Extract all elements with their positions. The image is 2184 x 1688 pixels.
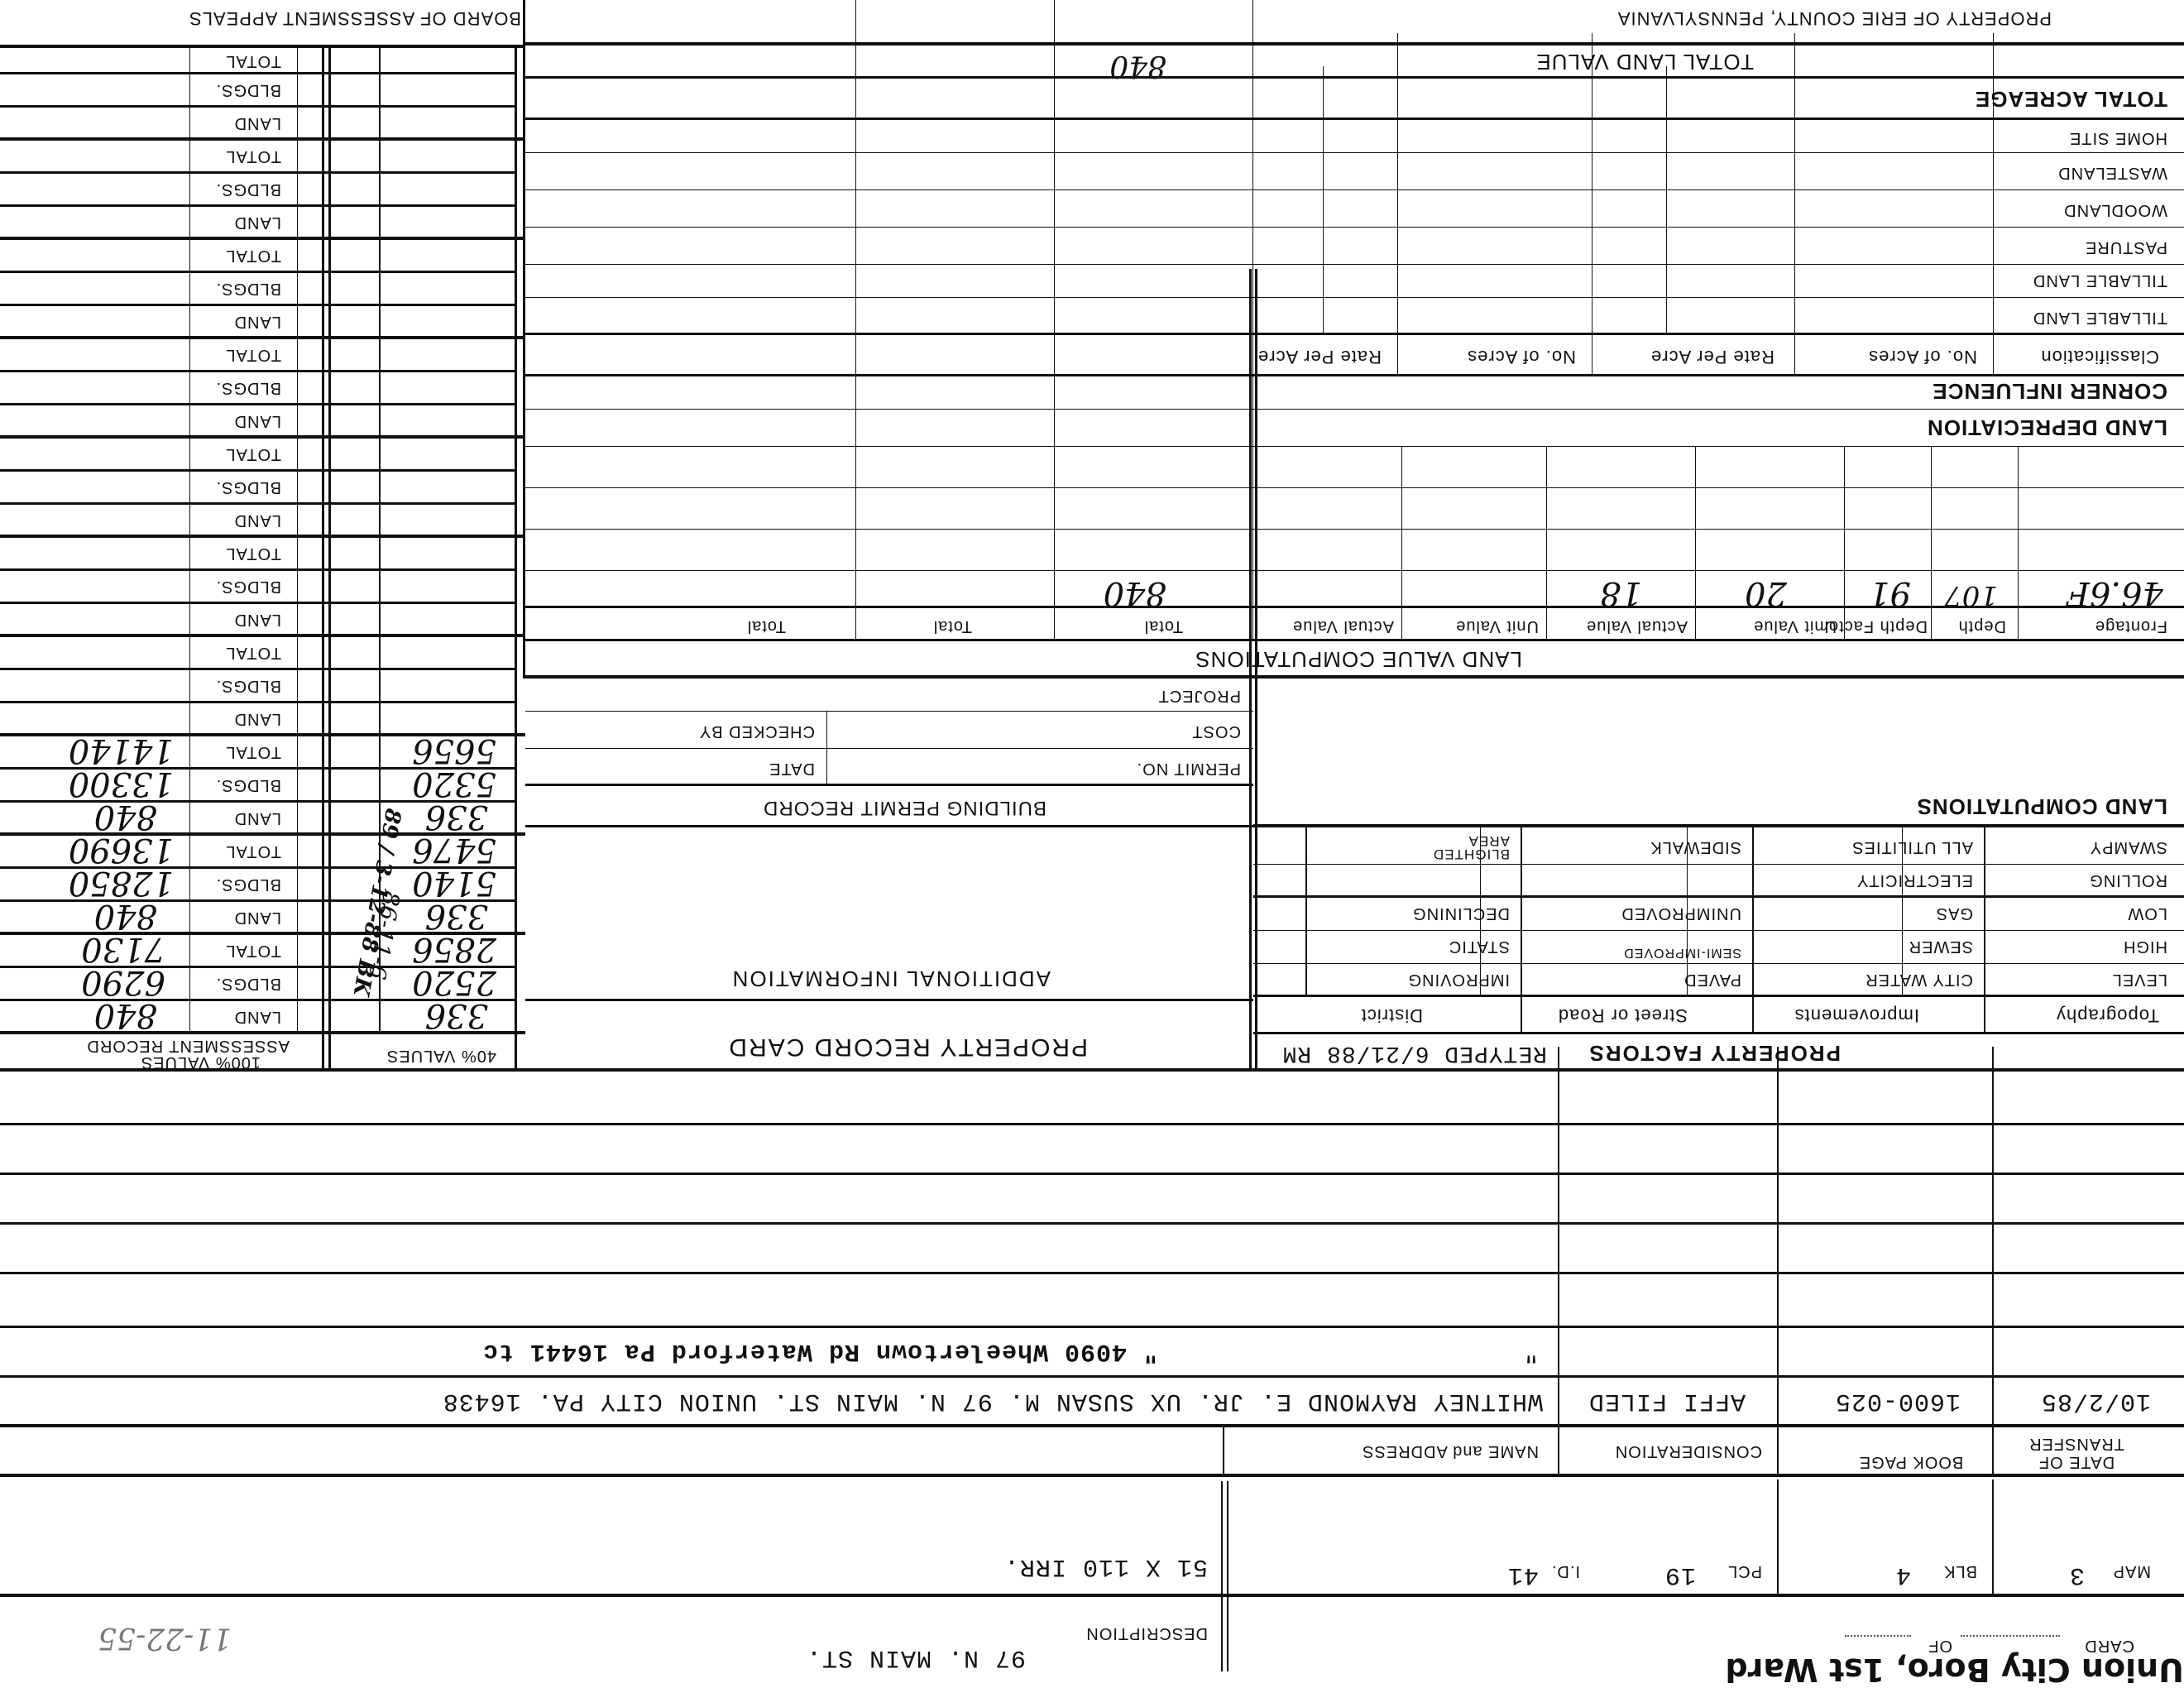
divider	[328, 46, 331, 1072]
row-label-land: LAND	[234, 610, 281, 629]
col-date-of-transfer: DATE OF TRANSFER	[2002, 1435, 2151, 1471]
row-label-land: LAND	[234, 808, 281, 827]
row-label-total: TOTAL	[225, 246, 281, 265]
retyped-note: RETYPED 6/21/88 RM	[1282, 1040, 1547, 1066]
rule	[0, 435, 525, 439]
divider	[189, 46, 190, 1034]
total-land-value: 840	[1109, 49, 1166, 83]
rule	[525, 409, 2184, 410]
col-actual-value: Actual Value	[1586, 616, 1688, 635]
col-street-road: Street or Road	[1558, 1005, 1688, 1026]
rule	[0, 403, 517, 405]
bldgs-40: 2520	[412, 963, 496, 1001]
rule	[525, 606, 2184, 608]
col-depth-factor: Depth Factor	[1822, 616, 1928, 635]
id-label: I.D.	[1551, 1561, 1580, 1580]
land-value-computations-title: LAND VALUE COMPUTATIONS	[1195, 646, 1522, 672]
divider	[1221, 1481, 1223, 1671]
land-100: 840	[94, 996, 157, 1034]
unit-value: 20	[1745, 574, 1787, 612]
total-40: 5476	[412, 831, 496, 869]
rule	[0, 1594, 2184, 1597]
description-value: 97 N. MAIN ST.	[806, 1643, 1026, 1671]
rule	[0, 204, 517, 207]
rule	[0, 171, 517, 174]
lot-size: 51 X 110 IRR.	[1003, 1552, 1208, 1580]
row-label-bldgs: BLDGS.	[216, 180, 281, 199]
col-district: District	[1361, 1005, 1423, 1026]
divider	[1323, 66, 1324, 335]
rule	[525, 446, 2184, 447]
rule	[0, 72, 517, 74]
transfer-consideration: "	[1523, 1337, 1539, 1365]
divider	[2018, 447, 2019, 641]
rule	[1253, 864, 2184, 865]
row-label-total: TOTAL	[225, 444, 281, 463]
bldgs-100: 13300	[69, 765, 174, 803]
land-computations-title: LAND COMPUTATIONS	[1917, 794, 2167, 819]
divider	[1992, 1479, 1994, 1595]
divider	[1227, 1481, 1228, 1671]
checkbox-label[interactable]: ELECTRICITY	[1856, 870, 1973, 890]
col-100-values: 100% VALUES	[141, 1053, 261, 1072]
total-acreage-label: TOTAL ACREAGE	[1975, 86, 2167, 112]
row-label-bldgs: BLDGS.	[216, 378, 281, 397]
rule	[0, 271, 517, 273]
land-40: 336	[425, 996, 488, 1034]
handwritten-note: 11-22-55	[98, 1621, 232, 1655]
permit-no-label: PERMIT NO.	[1137, 759, 1241, 778]
col-actual-value-2: Actual Value	[1292, 616, 1394, 635]
row-label-land: LAND	[234, 908, 281, 927]
map-value: 3	[2069, 1561, 2085, 1589]
bldgs-40: 5320	[412, 765, 496, 803]
rule	[0, 469, 517, 472]
footer-property-of: PROPERTY OF ERIE COUNTY, PENNSYLVANIA	[1617, 7, 2052, 29]
acreage-row-label: HOME SITE	[2069, 128, 2167, 147]
col-frontage: Frontage	[2095, 616, 2167, 635]
divider	[523, 0, 525, 679]
divider	[1931, 447, 1932, 641]
checkbox-label[interactable]: PAVED	[1683, 970, 1741, 989]
checkbox-label[interactable]: CITY WATER	[1865, 970, 1973, 989]
depth-value: 107	[1944, 579, 1998, 612]
checkbox-label[interactable]: IMPROVING	[1408, 970, 1510, 989]
checkbox-label[interactable]: GAS	[1936, 904, 1973, 923]
total-40: 2856	[412, 930, 496, 968]
rule	[0, 304, 517, 306]
rule	[0, 137, 525, 141]
total-40: 5656	[412, 731, 496, 770]
checkbox-label[interactable]: SEWER	[1909, 937, 1973, 956]
land-40: 336	[425, 897, 488, 935]
rule	[525, 825, 1253, 827]
row-label-land: LAND	[234, 1007, 281, 1026]
row-label-bldgs: BLDGS.	[216, 974, 281, 993]
rule	[525, 42, 2184, 46]
divider	[1794, 33, 1795, 376]
rule	[0, 1424, 2184, 1427]
rule	[525, 76, 2184, 79]
total-100: 7130	[81, 930, 165, 968]
col-total-3: Total	[747, 616, 786, 635]
card-title: PROPERTY RECORD CARD	[727, 1033, 1088, 1061]
corner-influence-label: CORNER INFLUENCE	[1932, 378, 2167, 404]
total-100: 13690	[69, 831, 174, 869]
depth-factor-value: 91	[1869, 574, 1911, 612]
row-label-bldgs: BLDGS.	[216, 875, 281, 894]
total-value: 840	[1104, 574, 1166, 612]
additional-info-label: ADDITIONAL INFORMATION	[731, 966, 1051, 991]
col-improvements: Improvements	[1794, 1005, 1919, 1026]
rule	[1253, 930, 2184, 931]
row-label-total: TOTAL	[225, 544, 281, 563]
pcl-value: 19	[1664, 1561, 1696, 1589]
divider	[826, 712, 827, 786]
col-no-of-acres: No. of Acres	[1868, 346, 1977, 367]
divider	[1558, 1047, 1559, 1477]
acreage-row-label: PASTURE	[2085, 237, 2167, 257]
rule	[0, 535, 525, 538]
row-label-land: LAND	[234, 113, 281, 132]
divider	[1984, 827, 1985, 1034]
rule	[525, 374, 2184, 376]
card-of-field[interactable]	[1845, 1635, 1911, 1637]
row-label-land: LAND	[234, 709, 281, 728]
rule	[525, 189, 2184, 190]
rule	[525, 333, 2184, 335]
transfer-name-address: " 4090 Wheelertown Rd Waterford Pa 16441…	[482, 1337, 1158, 1365]
divider	[1401, 447, 1402, 641]
rule	[525, 152, 2184, 153]
divider	[1666, 66, 1667, 335]
row-label-total: TOTAL	[225, 842, 281, 861]
col-book-page: BOOK PAGE	[1853, 1453, 1969, 1471]
transfer-date: 10/2/85	[2041, 1387, 2151, 1415]
divider	[1695, 447, 1696, 641]
blk-label: BLK	[1943, 1561, 1977, 1580]
col-depth: Depth	[1958, 616, 2006, 635]
frontage-value: 46.6F	[2067, 574, 2163, 612]
rule	[525, 711, 1253, 712]
building-permit-title: BUILDING PERMIT RECORD	[763, 796, 1046, 819]
land-depreciation-label: LAND DEPRECIATION	[1927, 415, 2167, 440]
rule	[525, 529, 2184, 530]
divider	[855, 0, 856, 641]
divider	[1844, 447, 1845, 641]
rule	[0, 1375, 2184, 1378]
row-label-total: TOTAL	[225, 742, 281, 761]
rule	[1253, 963, 2184, 964]
row-label-bldgs: BLDGS.	[216, 477, 281, 496]
divider	[1777, 1047, 1779, 1477]
rule	[0, 45, 525, 48]
rule	[525, 117, 2184, 120]
divider	[1054, 0, 1055, 641]
transfer-name-address: WHITNEY RAYMOND E. JR. UX SUSAN M. 97 N.…	[443, 1387, 1543, 1415]
checkbox-label[interactable]: SWAMPY	[2090, 837, 2167, 856]
bldgs-100: 6290	[81, 963, 165, 1001]
rule	[0, 105, 517, 108]
rule	[0, 668, 517, 670]
rule	[0, 370, 517, 372]
rule	[1253, 824, 2184, 827]
checkbox-label[interactable]: LOW	[2127, 904, 2167, 923]
rule	[525, 675, 2184, 679]
rule	[525, 570, 2184, 571]
rule	[525, 297, 2184, 298]
row-label-total: TOTAL	[225, 51, 281, 70]
bldgs-100: 12850	[69, 864, 174, 902]
card-label: CARD	[2084, 1636, 2134, 1655]
total-land-value-label: TOTAL LAND VALUE	[1535, 49, 1754, 74]
col-total: Total	[1144, 616, 1183, 635]
rule	[525, 999, 1253, 1001]
date-label: DATE	[769, 759, 815, 778]
row-label-bldgs: BLDGS.	[216, 577, 281, 596]
rule	[0, 568, 517, 571]
card-number-field[interactable]	[1961, 1635, 2060, 1637]
divider	[1397, 33, 1398, 376]
divider	[297, 46, 298, 1034]
municipality: Union City Boro, 1st Ward	[0, 1652, 2184, 1688]
rule	[0, 502, 517, 505]
row-label-bldgs: BLDGS.	[216, 279, 281, 298]
rule	[0, 1222, 2184, 1225]
of-label: OF	[1928, 1636, 1952, 1655]
transfer-consideration: AFFI FILED	[1588, 1387, 1746, 1415]
col-unit-value-2: Unit Value	[1455, 616, 1539, 635]
bldgs-40: 5140	[412, 864, 496, 902]
rule	[1253, 1032, 2184, 1034]
rule	[525, 487, 2184, 488]
checkbox-label[interactable]: HIGH	[2123, 937, 2167, 956]
col-consideration: CONSIDERATION	[1615, 1441, 1762, 1460]
col-rate-per-acre-2: Rate Per Acre	[1257, 346, 1382, 367]
rule	[525, 748, 1253, 749]
checkbox-label[interactable]: DECLINING	[1412, 904, 1510, 923]
rule	[1253, 895, 2184, 898]
row-label-land: LAND	[234, 213, 281, 232]
map-label: MAP	[2113, 1561, 2151, 1580]
property-factors-title: PROPERTY FACTORS	[1588, 1040, 1841, 1066]
rule	[525, 784, 1253, 786]
rule	[525, 227, 2184, 228]
row-label-bldgs: BLDGS.	[216, 775, 281, 794]
cost-label: COST	[1191, 722, 1241, 741]
row-label-land: LAND	[234, 411, 281, 430]
transfer-book-page: 1600-025	[1835, 1387, 1961, 1415]
checkbox-label[interactable]: BLIGHTED AREA	[1427, 834, 1510, 861]
rule	[0, 1123, 2184, 1125]
row-label-total: TOTAL	[225, 643, 281, 662]
checkbox-label[interactable]: SIDEWALK	[1650, 837, 1741, 856]
rule	[0, 634, 525, 637]
divider	[1223, 1427, 1224, 1477]
checkbox-label[interactable]: LEVEL	[2112, 970, 2167, 989]
row-label-land: LAND	[234, 511, 281, 530]
row-label-bldgs: BLDGS.	[216, 676, 281, 695]
col-total-2: Total	[933, 616, 972, 635]
rule	[525, 264, 2184, 265]
divider	[1752, 827, 1754, 1034]
col-topography: Topography	[2056, 1005, 2159, 1026]
acreage-row-label: TILLABLE LAND	[2033, 271, 2167, 290]
col-classification: Classification	[2040, 346, 2159, 367]
acreage-row-label: WASTELAND	[2057, 163, 2167, 182]
rule	[525, 639, 2184, 641]
footer-board: BOARD OF ASSESSMENT APPEALS	[189, 7, 521, 29]
divider	[1521, 827, 1522, 1034]
land-100: 840	[94, 798, 157, 836]
rule	[0, 701, 517, 703]
rule	[0, 336, 525, 339]
divider	[322, 46, 324, 1072]
divider	[1305, 827, 1307, 997]
land-40: 336	[425, 798, 488, 836]
row-label-total: TOTAL	[225, 146, 281, 165]
divider	[515, 46, 517, 1072]
rule	[0, 602, 517, 604]
id-value: 41	[1507, 1561, 1539, 1589]
row-label-total: TOTAL	[225, 941, 281, 960]
divider	[1546, 447, 1547, 641]
checkbox-label[interactable]: ALL UTILITIES	[1851, 837, 1973, 856]
blk-value: 4	[1895, 1561, 1911, 1589]
description-label: DESCRIPTION	[1085, 1623, 1208, 1642]
checked-by-label: CHECKED BY	[699, 722, 815, 741]
divider	[1992, 1047, 1994, 1477]
pcl-label: PCL	[1727, 1561, 1762, 1580]
divider	[1993, 33, 1994, 376]
divider	[1592, 33, 1592, 376]
checkbox-label[interactable]: SEMI-IMPROVED	[1623, 945, 1741, 960]
divider	[1252, 0, 1253, 641]
divider	[1777, 1479, 1779, 1595]
acreage-row-label: TILLABLE LAND	[2033, 308, 2167, 327]
assessment-record-title: ASSESSMENT RECORD	[86, 1036, 290, 1055]
land-100: 840	[94, 897, 157, 935]
rule	[0, 237, 525, 240]
acreage-row-label: WOODLAND	[2063, 200, 2167, 219]
col-unit-value: Unit Value	[1753, 616, 1837, 635]
rule	[1253, 995, 2184, 997]
checkbox-label[interactable]: STATIC	[1449, 937, 1510, 956]
row-label-total: TOTAL	[225, 345, 281, 364]
actual-value: 18	[1600, 574, 1642, 612]
col-rate-per-acre: Rate Per Acre	[1650, 346, 1774, 367]
total-100: 14140	[69, 731, 174, 770]
project-label: PROJECT	[1158, 686, 1241, 705]
rule	[0, 733, 525, 736]
rule	[0, 1474, 2184, 1477]
row-label-land: LAND	[234, 312, 281, 331]
rule	[0, 1172, 2184, 1175]
property-record-card: CARD OF Union City Boro, 1st Ward DESCRI…	[0, 0, 2184, 1688]
col-name-address: NAME and ADDRESS	[1362, 1441, 1539, 1460]
checkbox-label[interactable]: ROLLING	[2089, 870, 2167, 890]
checkbox-label[interactable]: UNIMPROVED	[1621, 904, 1741, 923]
rule	[0, 1272, 2184, 1274]
col-40-values: 40% VALUES	[386, 1046, 496, 1065]
rule	[0, 1068, 2184, 1072]
col-no-of-acres-2: No. of Acres	[1467, 346, 1576, 367]
rule	[0, 1326, 2184, 1328]
row-label-bldgs: BLDGS.	[216, 80, 281, 99]
